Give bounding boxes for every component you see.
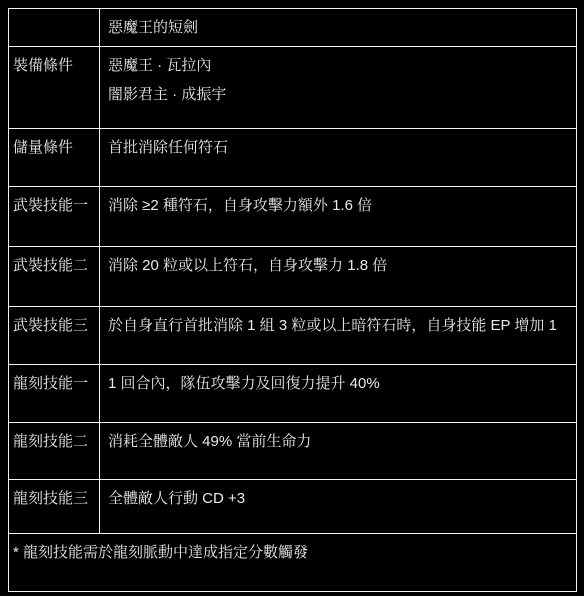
table-row-dragonware-skill-3: 龍刻技能三 全體敵人行動 CD +3 [9,480,577,534]
table-row-footnote: * 龍刻技能需於龍刻脈動中達成指定分數觸發 [9,534,577,592]
table-row-dragonware-skill-1: 龍刻技能一 1 回合內，隊伍攻擊力及回復力提升 40% [9,365,577,423]
row-label-charge-condition: 儲量條件 [9,129,100,187]
equip-condition-line-2: 闇影君主 · 成振宇 [108,80,566,109]
row-label-arm-skill-2: 武裝技能二 [9,247,100,307]
row-label-dragonware-skill-1: 龍刻技能一 [9,365,100,423]
dragonware-skill-3-cell: 全體敵人行動 CD +3 [100,480,577,534]
equip-condition-cell: 惡魔王 · 瓦拉內 闇影君主 · 成振宇 [100,47,577,129]
row-label-dragonware-skill-3: 龍刻技能三 [9,480,100,534]
row-label-equip-condition: 裝備條件 [9,47,100,129]
table-row-arm-skill-2: 武裝技能二 消除 20 粒或以上符石，自身攻擊力 1.8 倍 [9,247,577,307]
table-row-dragonware-skill-2: 龍刻技能二 消耗全體敵人 49% 當前生命力 [9,423,577,480]
charge-condition-text: 首批消除任何符石 [108,133,566,162]
table-row-equip-condition: 裝備條件 惡魔王 · 瓦拉內 闇影君主 · 成振宇 [9,47,577,129]
arm-skill-3-text: 於自身直行首批消除 1 組 3 粒或以上暗符石時，自身技能 EP 增加 1 [108,311,566,340]
dragonware-skill-2-text: 消耗全體敵人 49% 當前生命力 [108,427,566,456]
dragonware-skill-2-cell: 消耗全體敵人 49% 當前生命力 [100,423,577,480]
dragonware-skill-1-text: 1 回合內，隊伍攻擊力及回復力提升 40% [108,369,566,398]
table-row-arm-skill-3: 武裝技能三 於自身直行首批消除 1 組 3 粒或以上暗符石時，自身技能 EP 增… [9,307,577,365]
row-label-dragonware-skill-2: 龍刻技能二 [9,423,100,480]
dragonware-skill-1-cell: 1 回合內，隊伍攻擊力及回復力提升 40% [100,365,577,423]
equip-condition-line-1: 惡魔王 · 瓦拉內 [108,51,566,80]
craft-name-cell: 惡魔王的短劍 [100,9,577,47]
charge-condition-cell: 首批消除任何符石 [100,129,577,187]
craft-name-text: 惡魔王的短劍 [108,13,566,42]
arm-skill-3-cell: 於自身直行首批消除 1 組 3 粒或以上暗符石時，自身技能 EP 增加 1 [100,307,577,365]
page-background: 惡魔王的短劍 裝備條件 惡魔王 · 瓦拉內 闇影君主 · 成振宇 儲量條件 首批… [0,0,584,596]
dragonware-skill-3-text: 全體敵人行動 CD +3 [108,484,566,513]
table-row-craft-name: 惡魔王的短劍 [9,9,577,47]
arm-skill-2-cell: 消除 20 粒或以上符石，自身攻擊力 1.8 倍 [100,247,577,307]
arm-skill-1-text: 消除 ≥2 種符石，自身攻擊力額外 1.6 倍 [108,191,566,220]
arm-skill-2-text: 消除 20 粒或以上符石，自身攻擊力 1.8 倍 [108,251,566,280]
row-label-arm-skill-3: 武裝技能三 [9,307,100,365]
table-row-charge-condition: 儲量條件 首批消除任何符石 [9,129,577,187]
table-row-arm-skill-1: 武裝技能一 消除 ≥2 種符石，自身攻擊力額外 1.6 倍 [9,187,577,247]
arm-skill-1-cell: 消除 ≥2 種符石，自身攻擊力額外 1.6 倍 [100,187,577,247]
craft-info-table: 惡魔王的短劍 裝備條件 惡魔王 · 瓦拉內 闇影君主 · 成振宇 儲量條件 首批… [8,8,577,592]
row-label-arm-skill-1: 武裝技能一 [9,187,100,247]
row-label-empty [9,9,100,47]
footnote-cell: * 龍刻技能需於龍刻脈動中達成指定分數觸發 [9,534,577,592]
